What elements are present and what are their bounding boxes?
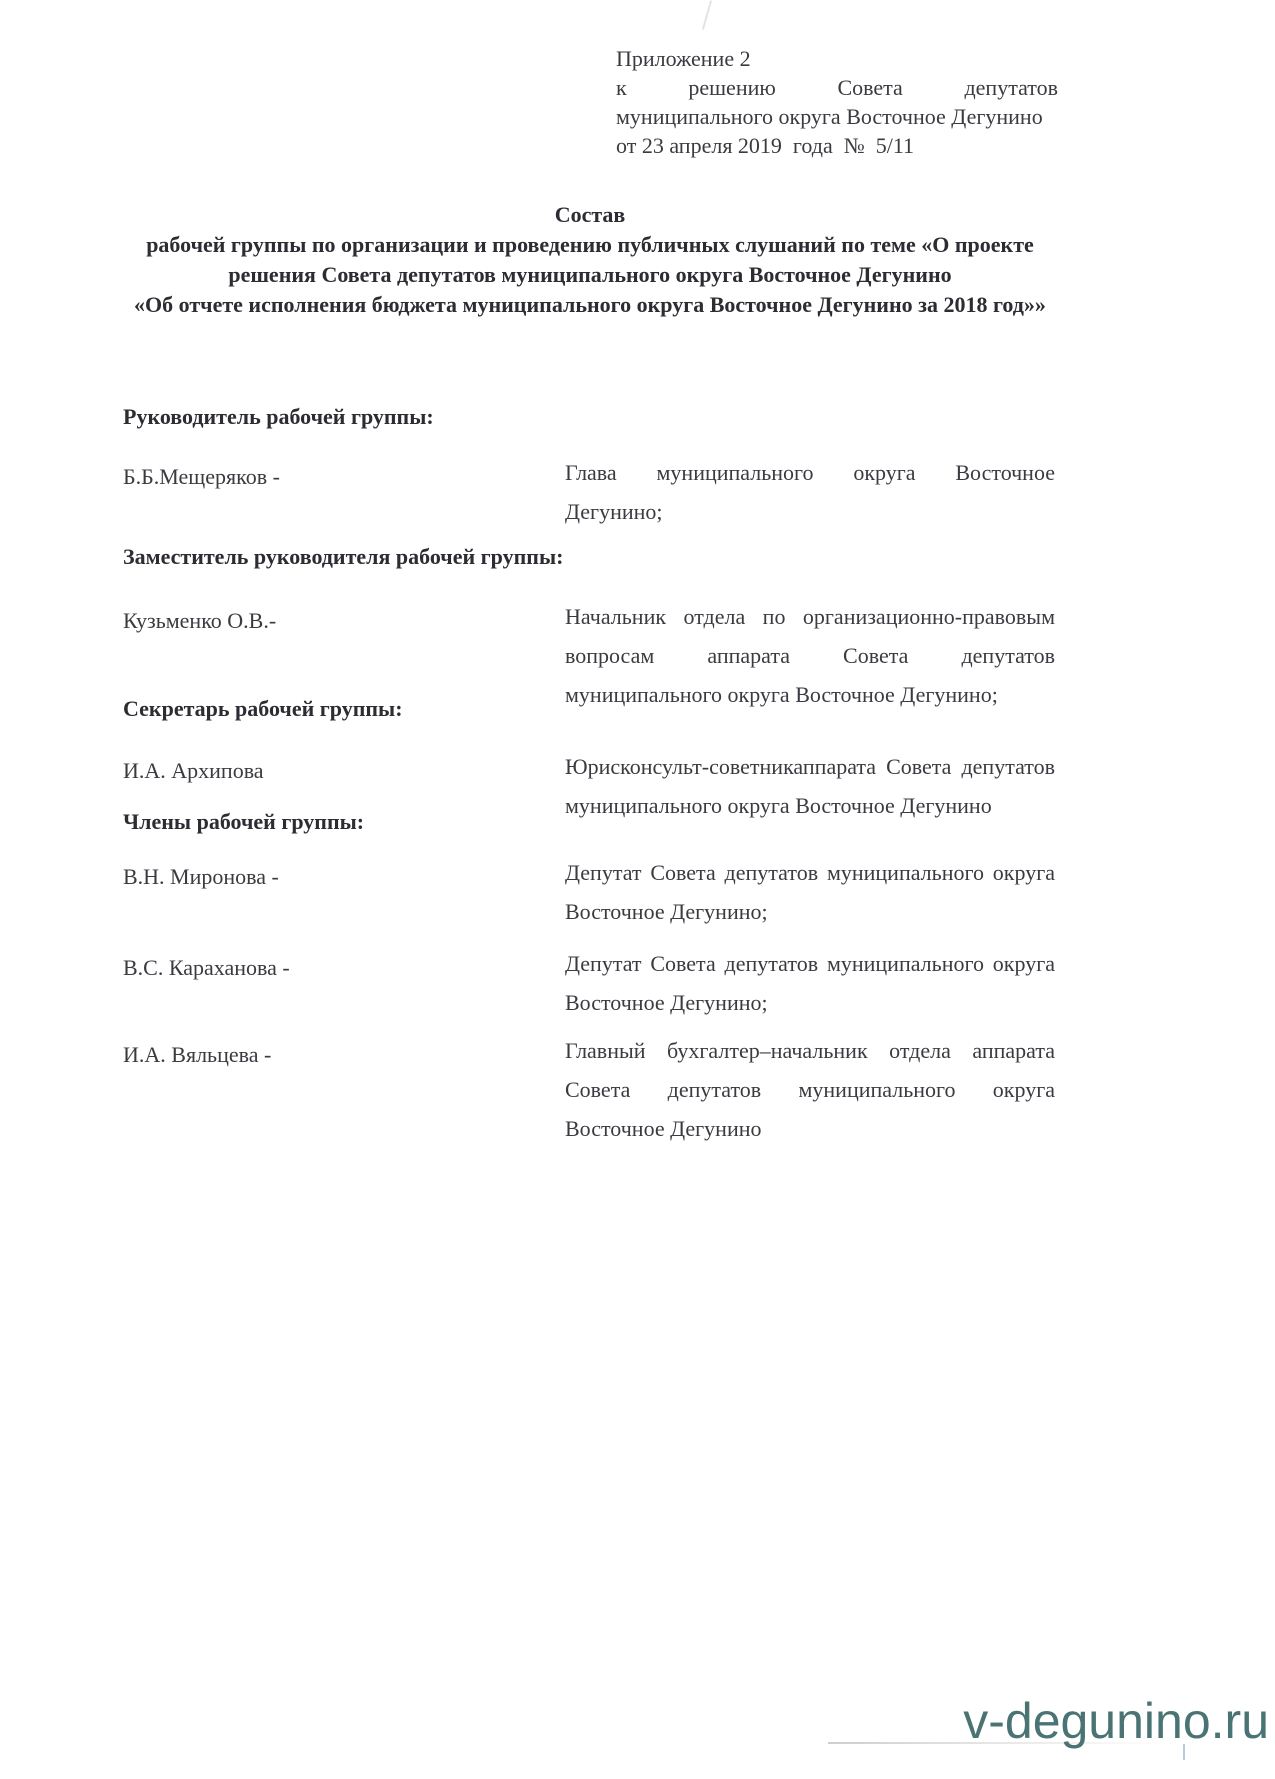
title-line: «Об отчете исполнения бюджета муниципаль… [0,290,1180,320]
site-watermark: v-degunino.ru [963,1692,1269,1750]
member-name: Б.Б.Мещеряков - [123,453,565,531]
section-heading-leader: Руководитель рабочей группы: [123,404,434,430]
role-line: Дегунино; [565,492,1055,531]
header-line: к решению Совета депутатов [616,73,1058,102]
member-role: Депутат Совета депутатов муниципального … [565,944,1055,1022]
member-role: Главный бухгалтер–начальник отдела аппар… [565,1031,1055,1148]
header-line: муниципального округа Восточное Дегунино [616,102,1058,131]
section-heading-deputy: Заместитель руководителя рабочей группы: [123,544,563,570]
member-role: Начальник отдела по организационно-право… [565,597,1055,714]
role-line: Депутат Совета депутатов муниципального … [565,944,1055,983]
role-line: Совета депутатов муниципального округа [565,1070,1055,1109]
title-line: Состав [0,200,1180,230]
member-name: В.С. Караханова - [123,944,565,1022]
member-name: В.Н. Миронова - [123,853,565,931]
section-heading-members: Члены рабочей группы: [123,809,364,835]
role-line: Глава муниципального округа Восточное [565,453,1055,492]
member-role: Юрисконсульт-советникаппарата Совета деп… [565,747,1055,825]
role-line: Начальник отдела по организационно-право… [565,597,1055,636]
document-title: Состав рабочей группы по организации и п… [0,200,1180,320]
member-row: В.С. Караханова - Депутат Совета депутат… [123,944,1055,1022]
role-line: Главный бухгалтер–начальник отдела аппар… [565,1031,1055,1070]
role-line: муниципального округа Восточное Дегунино [565,786,1055,825]
role-line: Восточное Дегунино [565,1109,1055,1148]
role-line: Депутат Совета депутатов муниципального … [565,853,1055,892]
member-row: В.Н. Миронова - Депутат Совета депутатов… [123,853,1055,931]
member-name: И.А. Вяльцева - [123,1031,565,1148]
section-heading-secretary: Секретарь рабочей группы: [123,696,403,722]
document-header: Приложение 2 к решению Совета депутатов … [616,44,1058,160]
role-line: Восточное Дегунино; [565,983,1055,1022]
scan-artifact-diagonal [702,0,712,29]
role-line: вопросам аппарата Совета депутатов [565,636,1055,675]
member-role: Глава муниципального округа Восточное Де… [565,453,1055,531]
member-row: Б.Б.Мещеряков - Глава муниципального окр… [123,453,1055,531]
scanned-document-page: Приложение 2 к решению Совета депутатов … [0,0,1275,1779]
member-role: Депутат Совета депутатов муниципального … [565,853,1055,931]
role-line: Восточное Дегунино; [565,892,1055,931]
role-line: Юрисконсульт-советникаппарата Совета деп… [565,747,1055,786]
header-line: Приложение 2 [616,44,1058,73]
title-line: решения Совета депутатов муниципального … [0,260,1180,290]
role-line: муниципального округа Восточное Дегунино… [565,675,1055,714]
title-line: рабочей группы по организации и проведен… [0,230,1180,260]
header-line: от 23 апреля 2019 года № 5/11 [616,131,1058,160]
member-row: И.А. Вяльцева - Главный бухгалтер–началь… [123,1031,1055,1148]
